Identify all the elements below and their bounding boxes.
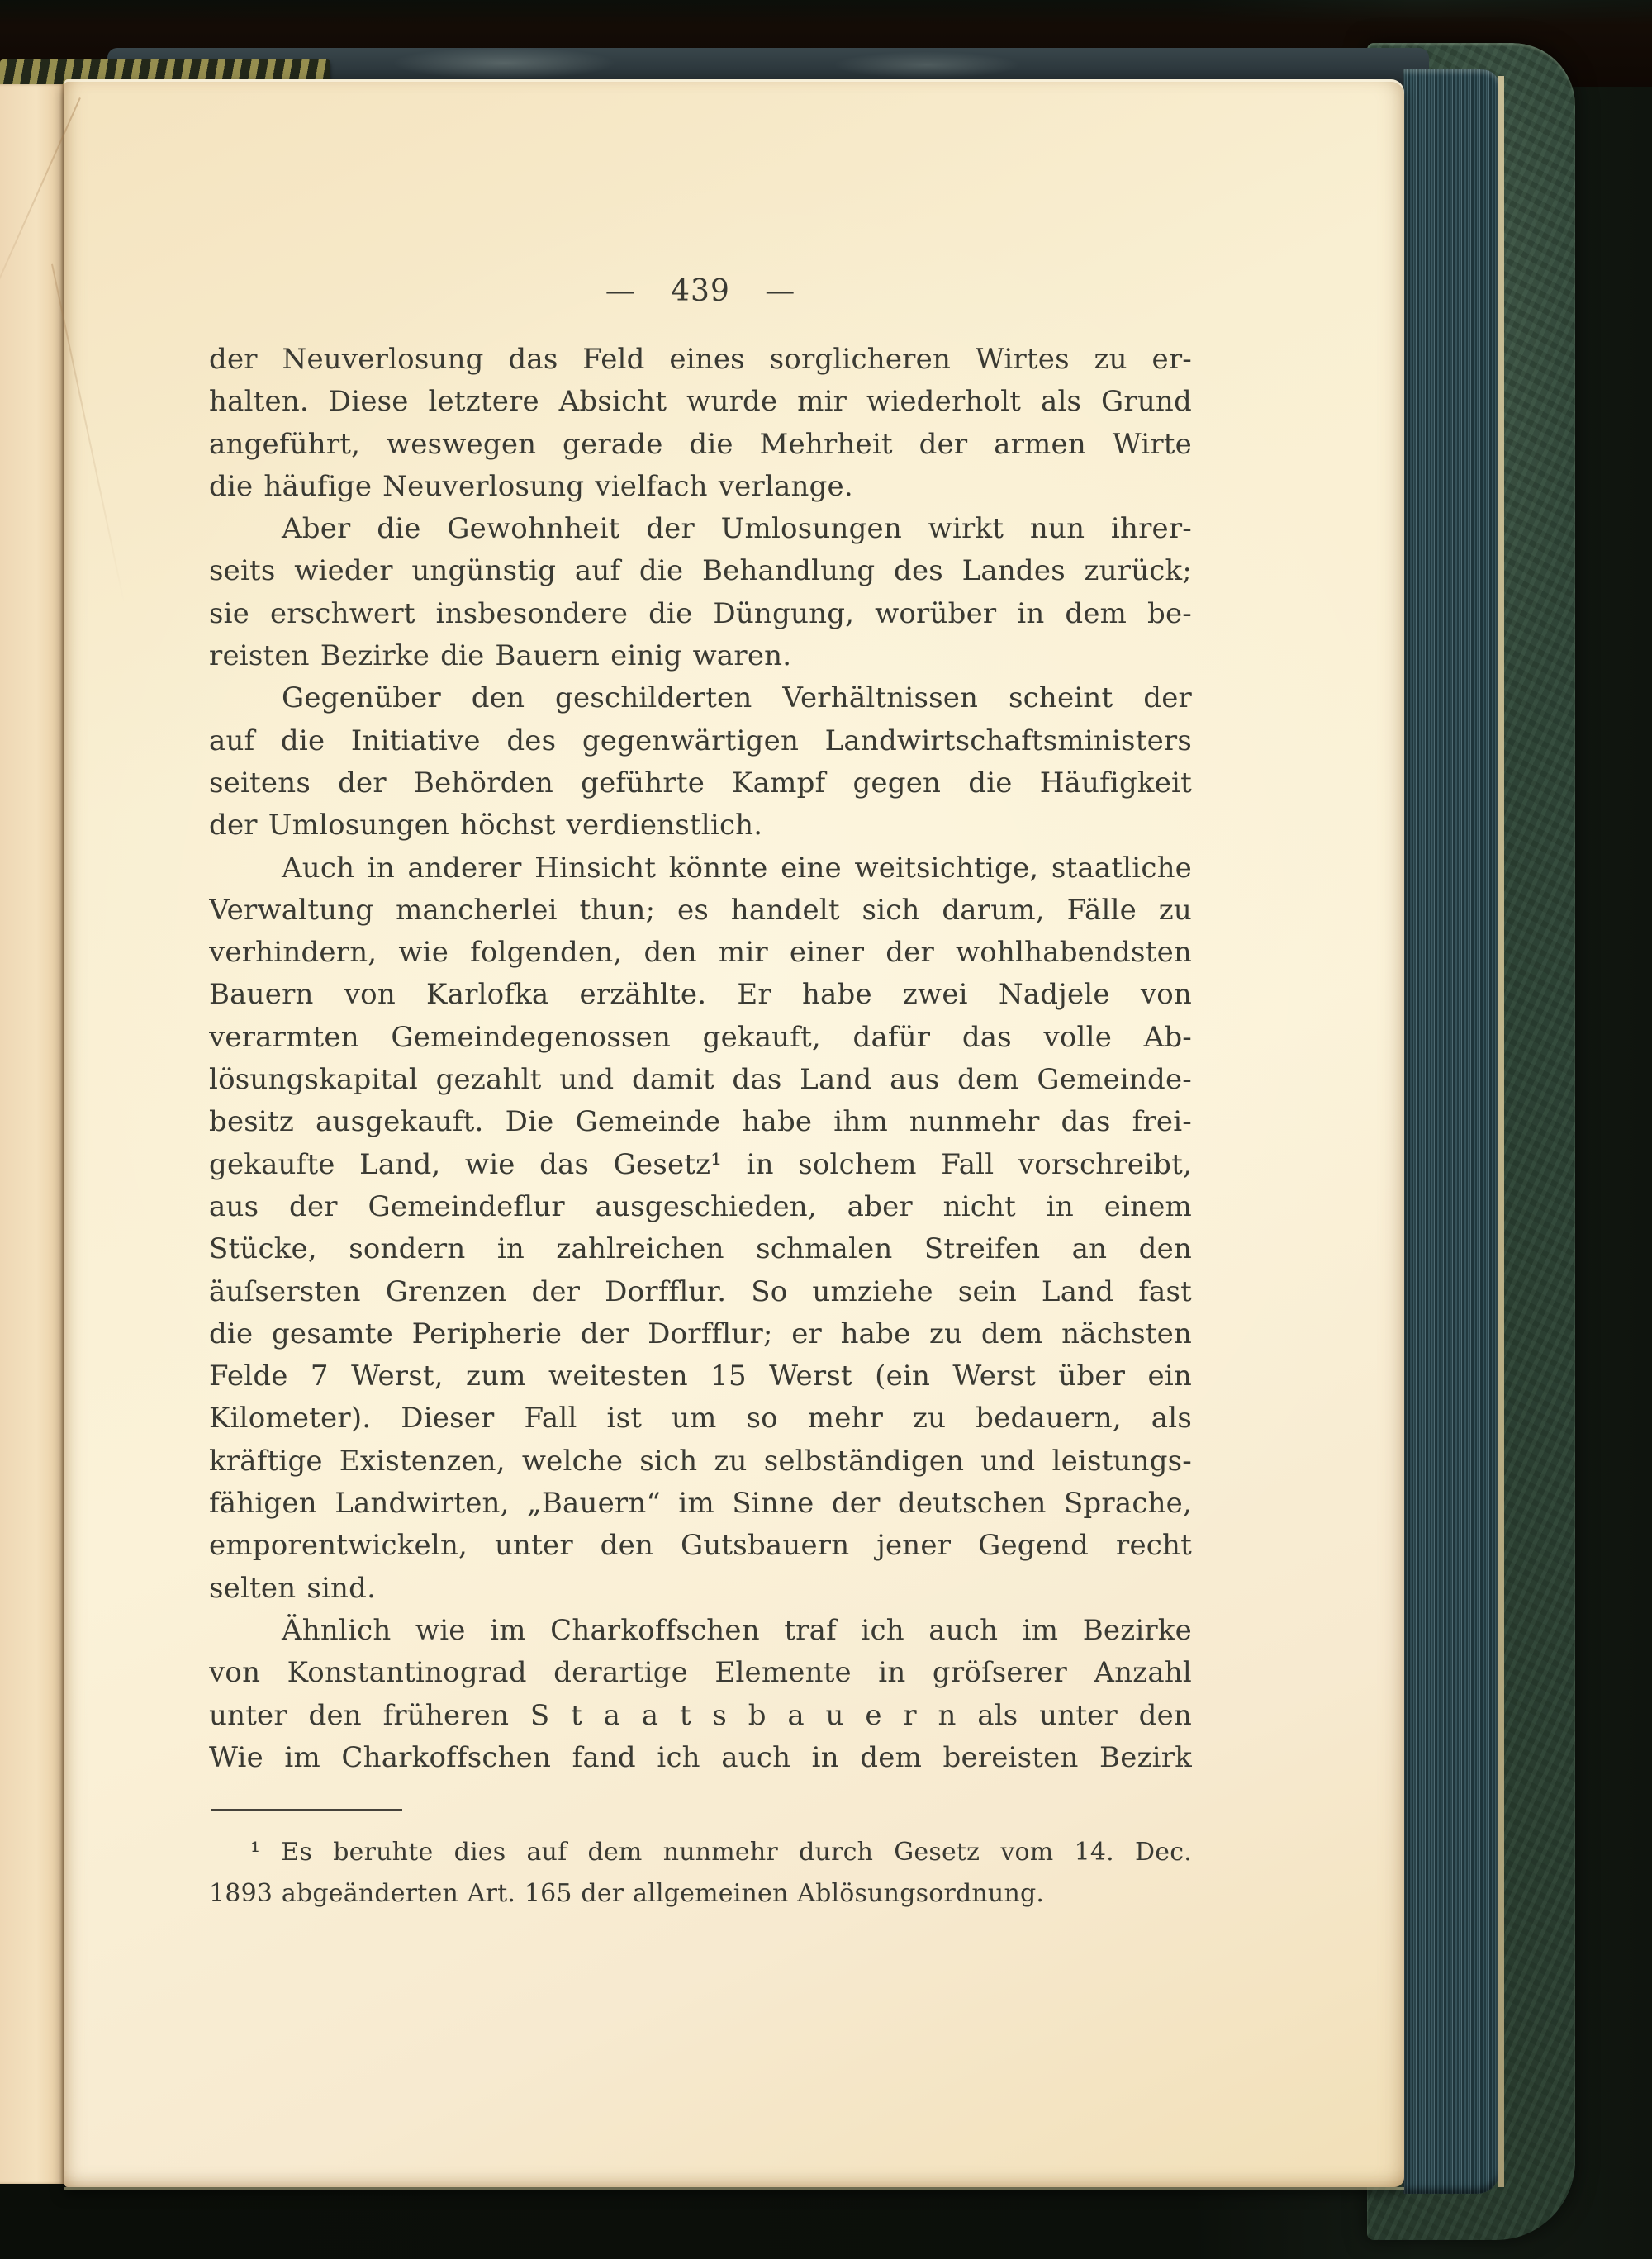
text-line: verarmten Gemeindegenossen gekauft, dafü… <box>209 1017 1192 1059</box>
text-line: die häufige Neuverlosung vielfach verlan… <box>209 466 1192 508</box>
text-line: Verwaltung mancherlei thun; es handelt s… <box>209 890 1192 932</box>
text-line: emporentwickeln, unter den Gutsbauern je… <box>209 1525 1192 1567</box>
text-line: selten sind. <box>209 1568 1192 1610</box>
text-line: gekaufte Land, wie das Gesetz¹ in solche… <box>209 1144 1192 1186</box>
text-line: Aber die Gewohnheit der Umlosungen wirkt… <box>209 508 1192 550</box>
text-line: seits wieder ungünstig auf die Behandlun… <box>209 550 1192 592</box>
text-line: äuſsersten Grenzen der Dorfflur. So umzi… <box>209 1271 1192 1313</box>
footnote-block: ¹ Es beruhte dies auf dem nunmehr durch … <box>209 1832 1192 1915</box>
text-line: von Konstantinograd derartige Elemente i… <box>209 1652 1192 1694</box>
text-line: aus der Gemeindeflur ausgeschieden, aber… <box>209 1186 1192 1228</box>
gutter-page-sliver <box>0 84 66 2184</box>
footnote-rule <box>211 1809 402 1811</box>
page-fore-edge <box>1403 69 1500 2194</box>
text-line: kräftige Existenzen, welche sich zu selb… <box>209 1440 1192 1483</box>
text-line: reisten Bezirke die Bauern einig waren. <box>209 635 1192 677</box>
cover-edge-highlight <box>1498 76 1504 2187</box>
footnote-line: ¹ Es beruhte dies auf dem nunmehr durch … <box>209 1832 1192 1873</box>
text-line: Kilometer). Dieser Fall ist um so mehr z… <box>209 1398 1192 1440</box>
footnote-line: 1893 abgeänderten Art. 165 der allgemein… <box>209 1873 1192 1915</box>
text-line: sie erschwert insbesondere die Düngung, … <box>209 593 1192 635</box>
page-number: — 439 — <box>209 273 1192 311</box>
text-line: Wie im Charkoffschen fand ich auch in de… <box>209 1737 1192 1779</box>
text-line: der Neuverlosung das Feld eines sorglich… <box>209 339 1192 381</box>
text-line: Ähnlich wie im Charkoffschen traf ich au… <box>209 1610 1192 1652</box>
book-scan: — 439 — der Neuverlosung das Feld eines … <box>0 0 1652 2259</box>
text-line: unter den früheren S t a a t s b a u e r… <box>209 1695 1192 1737</box>
text-line: der Umlosungen höchst verdienstlich. <box>209 804 1192 847</box>
text-line: fähigen Landwirten, „Bauern“ im Sinne de… <box>209 1483 1192 1525</box>
text-line: auf die Initiative des gegenwärtigen Lan… <box>209 720 1192 762</box>
text-line: die gesamte Peripherie der Dorfflur; er … <box>209 1313 1192 1355</box>
text-line: Gegenüber den geschilderten Verhältnisse… <box>209 677 1192 719</box>
text-line: halten. Diese letztere Absicht wurde mir… <box>209 381 1192 423</box>
text-line: Auch in anderer Hinsicht könnte eine wei… <box>209 847 1192 890</box>
text-line: lösungskapital gezahlt und damit das Lan… <box>209 1059 1192 1101</box>
text-line: seitens der Behörden geführte Kampf gege… <box>209 762 1192 804</box>
text-line: verhindern, wie folgenden, den mir einer… <box>209 932 1192 974</box>
text-block: der Neuverlosung das Feld eines sorglich… <box>209 339 1192 1779</box>
text-line: besitz ausgekauft. Die Gemeinde habe ihm… <box>209 1101 1192 1143</box>
text-line: Bauern von Karlofka erzählte. Er habe zw… <box>209 974 1192 1016</box>
text-line: angeführt, weswegen gerade die Mehrheit … <box>209 424 1192 466</box>
text-line: Stücke, sondern in zahlreichen schmalen … <box>209 1228 1192 1270</box>
text-line: Felde 7 Werst, zum weitesten 15 Werst (e… <box>209 1355 1192 1398</box>
